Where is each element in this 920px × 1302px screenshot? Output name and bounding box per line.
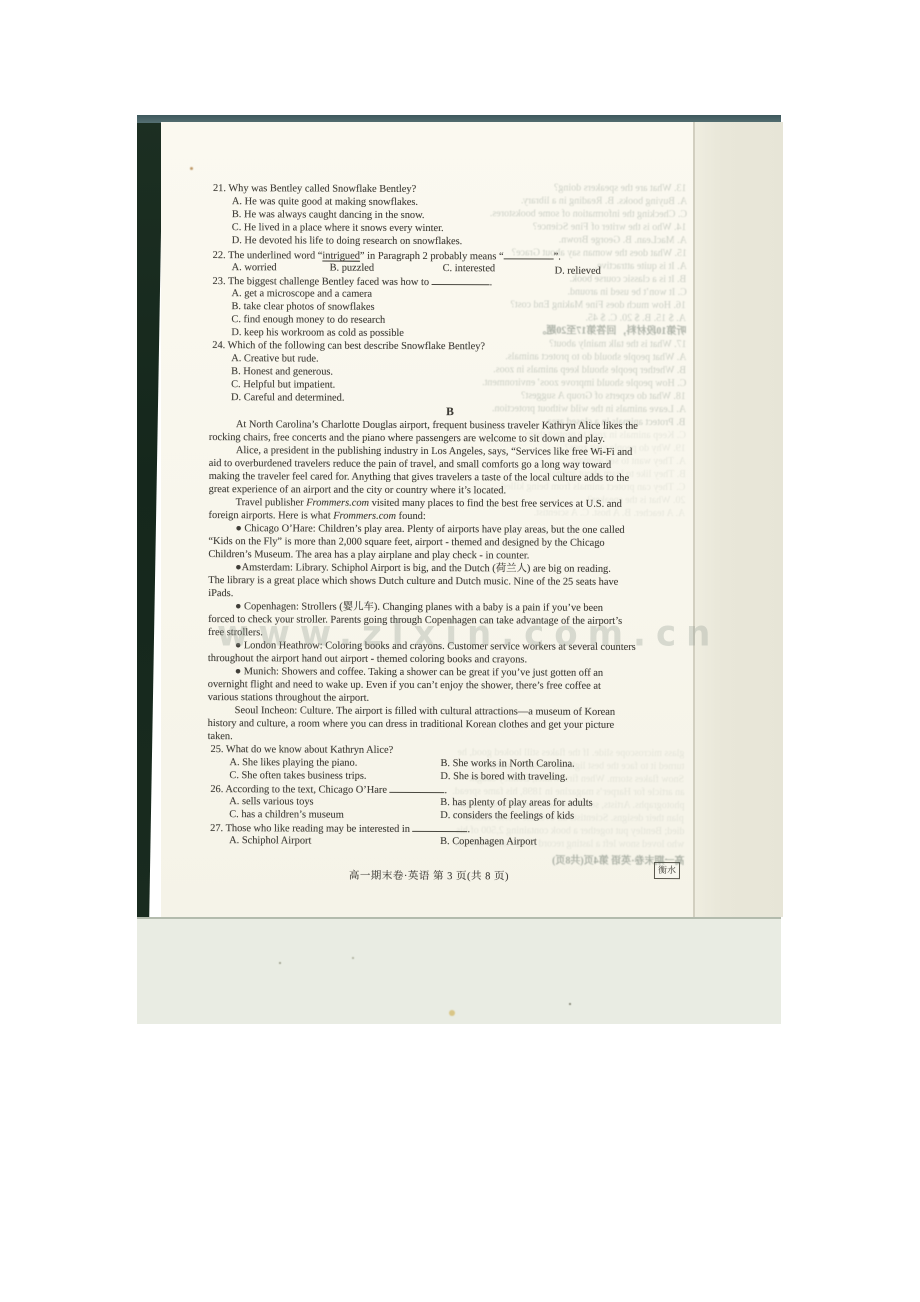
text-fragment: ● Munich: Showers and coffee. Taking a s… (235, 666, 603, 679)
text-line: B. Honest and generous. (231, 365, 333, 378)
text-fragment: . (468, 824, 471, 835)
text-fragment: visited many places to find the best fre… (369, 498, 622, 510)
text-fragment: ● Copenhagen: Strollers (婴儿车). Changing … (235, 601, 603, 614)
text-line: D. She is bored with traveling. (440, 770, 567, 784)
text-fragment: B. has plenty of play areas for adults (440, 797, 592, 809)
text-fragment: 24. Which of the following can best desc… (212, 340, 485, 352)
text-fragment: ●Amsterdam: Library. Schiphol Airport is… (235, 562, 611, 575)
text-line: iPads. (208, 587, 233, 600)
text-line: C. find enough money to do research (231, 313, 385, 327)
text-line: C. She often takes business trips. (229, 769, 366, 783)
bleed-through-ghost-line: 18. What do experts of Group A suggest? (521, 389, 686, 403)
scan-speck (352, 957, 354, 959)
text-fragment: great experience of an airport and the c… (209, 484, 506, 496)
text-fragment: A. worried (232, 262, 277, 273)
text-line: C. He lived in a place where it snows ev… (232, 221, 444, 235)
text-fragment: A. sells various toys (229, 796, 313, 807)
text-fragment: Seoul Incheon: Culture. The airport is f… (235, 705, 615, 718)
bleed-through-ghost-line: C. It won’t be used in around. (567, 286, 686, 300)
text-fragment: At North Carolina’s Charlotte Douglas ai… (236, 419, 638, 432)
text-line: C. interested (443, 262, 496, 275)
text-line: great experience of an airport and the c… (209, 483, 507, 497)
text-fragment: B. Honest and generous. (231, 366, 333, 377)
text-line: A. Schiphol Airport (229, 834, 311, 847)
text-fragment: C. find enough money to do research (231, 314, 385, 326)
text-line: C. Helpful but impatient. (231, 378, 335, 391)
text-line: A. Creative but rude. (231, 352, 318, 365)
text-fragment: . (490, 277, 493, 288)
bleed-through-ghost-line: C. How people should improve zoos’ envir… (482, 376, 686, 390)
bleed-through-ghost-line: A. It is quite attractive. (594, 260, 686, 273)
answer-blank (390, 783, 445, 793)
text-fragment: history and culture, a room where you ca… (208, 718, 615, 731)
text-fragment: B. He was always caught dancing in the s… (232, 209, 425, 221)
text-fragment: Alice, a president in the publishing ind… (236, 445, 633, 458)
text-line: various stations throughout the airport. (208, 691, 369, 705)
text-fragment: A. get a microscope and a camera (231, 288, 372, 300)
text-fragment: D. Careful and determined. (231, 392, 344, 403)
bleed-through-ghost-line: B. Whether people should keep animals in… (493, 363, 686, 377)
bleed-through-ghost-line: 16. How much does Fine Making End cost? (511, 298, 687, 312)
text-fragment: C. Helpful but impatient. (231, 379, 335, 390)
page-footer: 高一期末卷·英语 第 3 页(共 8 页) (158, 867, 700, 884)
text-line: B. Copenhagen Airport (440, 835, 537, 848)
text-fragment: foreign airports. Here is what (209, 510, 334, 522)
text-fragment: 21. Why was Bentley called Snowflake Ben… (213, 183, 416, 195)
text-fragment: Children’s Museum. The area has a play a… (208, 549, 529, 561)
text-fragment: B. She works in North Carolina. (440, 758, 574, 770)
text-fragment: 25. What do we know about Kathryn Alice? (210, 744, 393, 756)
text-line: A. worried (232, 261, 277, 274)
text-fragment: 22. The underlined word “ (213, 250, 323, 261)
text-line: B. He was always caught dancing in the s… (232, 208, 425, 222)
text-fragment: Frommers.com (333, 511, 396, 522)
text-fragment: A. Creative but rude. (231, 353, 318, 364)
text-fragment: A. Schiphol Airport (229, 835, 311, 846)
text-line: A. He was quite good at making snowflake… (232, 195, 418, 209)
text-line: foreign airports. Here is what Frommers.… (209, 509, 426, 523)
text-fragment: . (445, 785, 448, 796)
text-fragment: D. She is bored with traveling. (440, 771, 567, 783)
text-fragment: The library is a great place which shows… (208, 575, 618, 588)
text-line: B. She works in North Carolina. (440, 757, 574, 771)
text-fragment: found: (396, 511, 426, 522)
text-fragment: various stations throughout the airport. (208, 692, 369, 704)
text-fragment: rocking chairs, free concerts and the pi… (209, 432, 605, 445)
bleed-through-ghost-line: 听第10段材料，回答第17至20题。 (536, 324, 686, 338)
text-fragment: Frommers.com (306, 497, 369, 508)
scanned-exam-screenshot: { "colors":{ "paper_cream":"#faf8ee","ed… (0, 0, 920, 1302)
page-right-fold-edge (693, 122, 783, 917)
bleed-through-ghost-line: 13. What are the speakers doing? (554, 182, 687, 196)
bleed-through-ghost-line: 17. What is the talk mainly about? (549, 338, 686, 352)
answer-blank (504, 249, 554, 259)
text-fragment: intrigued (322, 251, 360, 262)
bleed-through-ghost-line: A. Buying books. B. Reading in a library… (521, 194, 687, 208)
text-fragment: “Kids on the Fly” is more than 2,000 squ… (208, 536, 604, 549)
bleed-through-ghost-line: A. $ 15. B. $ 20. C. $ 45. (586, 312, 687, 325)
scan-speck (449, 1010, 455, 1016)
exam-page: B 高一期末卷·英语 第 3 页(共 8 页) 衡水 13. What are … (161, 122, 693, 917)
text-line: D. He devoted his life to doing research… (232, 234, 463, 248)
text-line: taken. (208, 730, 233, 743)
text-fragment: taken. (208, 731, 233, 742)
text-line: D. keep his workroom as cold as possible (231, 326, 404, 340)
text-line: B. has plenty of play areas for adults (440, 796, 592, 810)
text-fragment: iPads. (208, 588, 233, 599)
under-page-backing (137, 917, 781, 1024)
text-fragment: ”. (554, 252, 561, 263)
text-fragment: C. interested (443, 263, 496, 274)
text-fragment: C. She often takes business trips. (229, 770, 366, 782)
text-fragment: D. relieved (555, 266, 601, 277)
text-fragment: D. keep his workroom as cold as possible (231, 327, 404, 339)
text-line: D. considers the feelings of kids (440, 809, 574, 823)
text-line: history and culture, a room where you ca… (208, 717, 615, 732)
text-fragment: making the traveler feel cared for. Anyt… (209, 471, 629, 484)
text-line: C. has a children’s museum (229, 808, 344, 821)
text-line: 25. What do we know about Kathryn Alice? (210, 743, 393, 757)
text-fragment: ● Chicago O’Hare: Children’s play area. … (235, 523, 624, 536)
bleed-through-ghost-line: A. MacLean. B. George Brown. (559, 234, 687, 248)
answer-blank (432, 275, 490, 285)
text-fragment: B. take clear photos of snowflakes (231, 301, 374, 313)
bleed-through-ghost-line: A. Leave animals in the wild without pro… (492, 402, 686, 416)
text-line: A. sells various toys (229, 795, 313, 808)
text-line: 21. Why was Bentley called Snowflake Ben… (213, 182, 416, 196)
answer-blank (413, 822, 468, 832)
text-fragment: aid to overburdened travelers reduce the… (209, 458, 612, 471)
text-line: A. She likes playing the piano. (229, 756, 357, 770)
text-line: D. Careful and determined. (231, 391, 344, 404)
text-fragment: throughout the airport hand out airport … (208, 653, 527, 665)
text-fragment: D. He devoted his life to doing research… (232, 235, 463, 247)
text-fragment: overnight flight and need to wake up. Ev… (208, 679, 601, 692)
text-fragment: A. He was quite good at making snowflake… (232, 196, 418, 208)
text-line: B. take clear photos of snowflakes (231, 300, 374, 314)
text-fragment: D. considers the feelings of kids (440, 810, 574, 822)
scan-speck (190, 167, 193, 170)
bleed-through-ghost-line: C. Checking the information of some book… (490, 207, 687, 221)
text-fragment: 26. According to the text, Chicago O’Har… (210, 784, 389, 796)
text-line: A. get a microscope and a camera (231, 287, 372, 301)
scan-speck (279, 962, 281, 964)
text-fragment: B. Copenhagen Airport (440, 836, 537, 847)
print-layer: B 高一期末卷·英语 第 3 页(共 8 页) 衡水 13. What are … (158, 122, 693, 919)
text-line: D. relieved (555, 265, 601, 278)
text-line: The library is a great place which shows… (208, 574, 618, 589)
text-fragment: C. has a children’s museum (229, 809, 344, 820)
bleed-through-ghost-line: 14. Who is the writer of Fine Science? (533, 220, 687, 234)
bleed-through-ghost-line: 高一期末卷·英语 第4页(共8页) (552, 855, 685, 869)
scan-speck (569, 1003, 571, 1005)
text-fragment: ” in Paragraph 2 probably means “ (360, 251, 504, 263)
text-fragment: 27. Those who like reading may be intere… (210, 823, 412, 835)
text-line: B. puzzled (330, 262, 374, 275)
text-fragment: A. She likes playing the piano. (229, 757, 357, 769)
text-fragment: C. He lived in a place where it snows ev… (232, 222, 444, 234)
bleed-through-ghost-line: A. What people should do to protect anim… (505, 350, 686, 364)
text-fragment: B. puzzled (330, 263, 374, 274)
watermark-text: www.zlxin.com.cn (217, 613, 720, 655)
text-line: 24. Which of the following can best desc… (212, 339, 485, 353)
text-fragment: Travel publisher (236, 497, 307, 508)
